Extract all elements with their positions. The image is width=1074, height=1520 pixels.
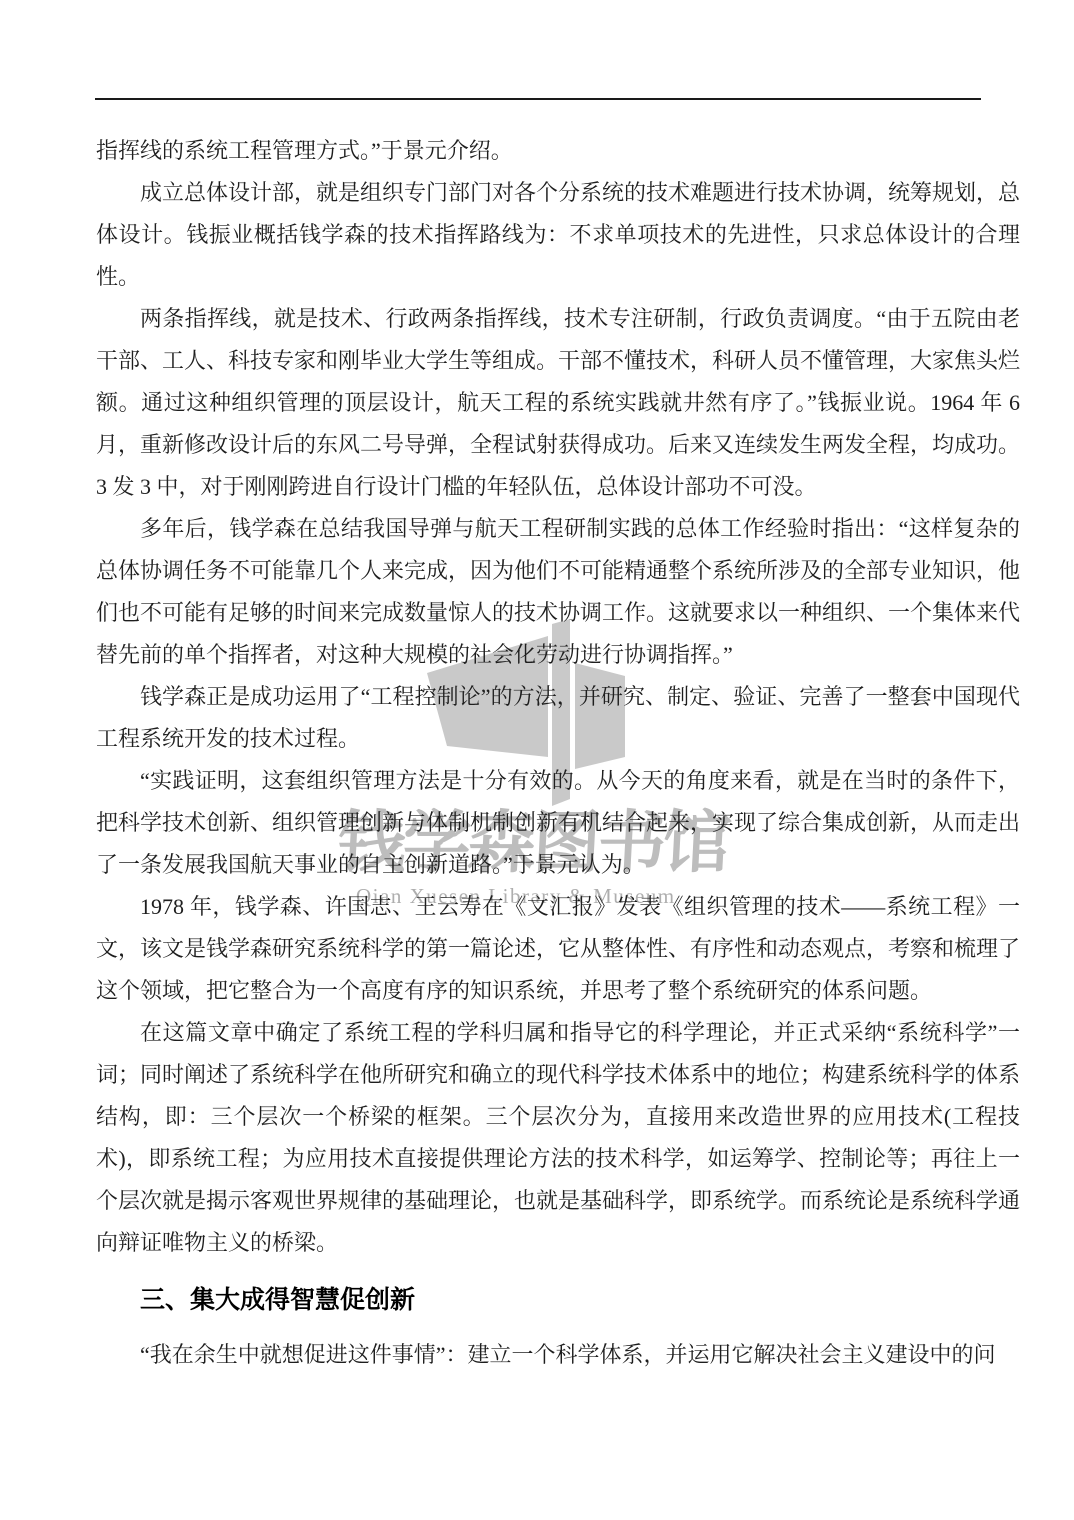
body-paragraph-5: 钱学森正是成功运用了“工程控制论”的方法，并研究、制定、验证、完善了一整套中国现… xyxy=(96,676,1020,760)
body-paragraph-4: 多年后，钱学森在总结我国导弹与航天工程研制实践的总体工作经验时指出：“这样复杂的… xyxy=(96,508,1020,676)
body-paragraph-2: 成立总体设计部，就是组织专门部门对各个分系统的技术难题进行技术协调，统筹规划，总… xyxy=(96,172,1020,298)
closing-paragraph: “我在余生中就想促进这件事情”：建立一个科学体系，并运用它解决社会主义建设中的问 xyxy=(96,1334,1020,1376)
body-paragraph-1: 指挥线的系统工程管理方式。”于景元介绍。 xyxy=(96,130,1020,172)
body-paragraph-3: 两条指挥线，就是技术、行政两条指挥线，技术专注研制，行政负责调度。“由于五院由老… xyxy=(96,298,1020,508)
document-body: 指挥线的系统工程管理方式。”于景元介绍。 成立总体设计部，就是组织专门部门对各个… xyxy=(96,130,1020,1376)
document-page: 钱学森图书馆 Qian Xuesen Library & Museum 指挥线的… xyxy=(0,0,1074,1520)
section-heading: 三、集大成得智慧促创新 xyxy=(96,1280,1020,1322)
body-paragraph-8: 在这篇文章中确定了系统工程的学科归属和指导它的科学理论，并正式采纳“系统科学”一… xyxy=(96,1012,1020,1264)
body-paragraph-6: “实践证明，这套组织管理方法是十分有效的。从今天的角度来看，就是在当时的条件下，… xyxy=(96,760,1020,886)
body-paragraph-7: 1978 年，钱学森、许国志、王云寿在《文汇报》发表《组织管理的技术——系统工程… xyxy=(96,886,1020,1012)
